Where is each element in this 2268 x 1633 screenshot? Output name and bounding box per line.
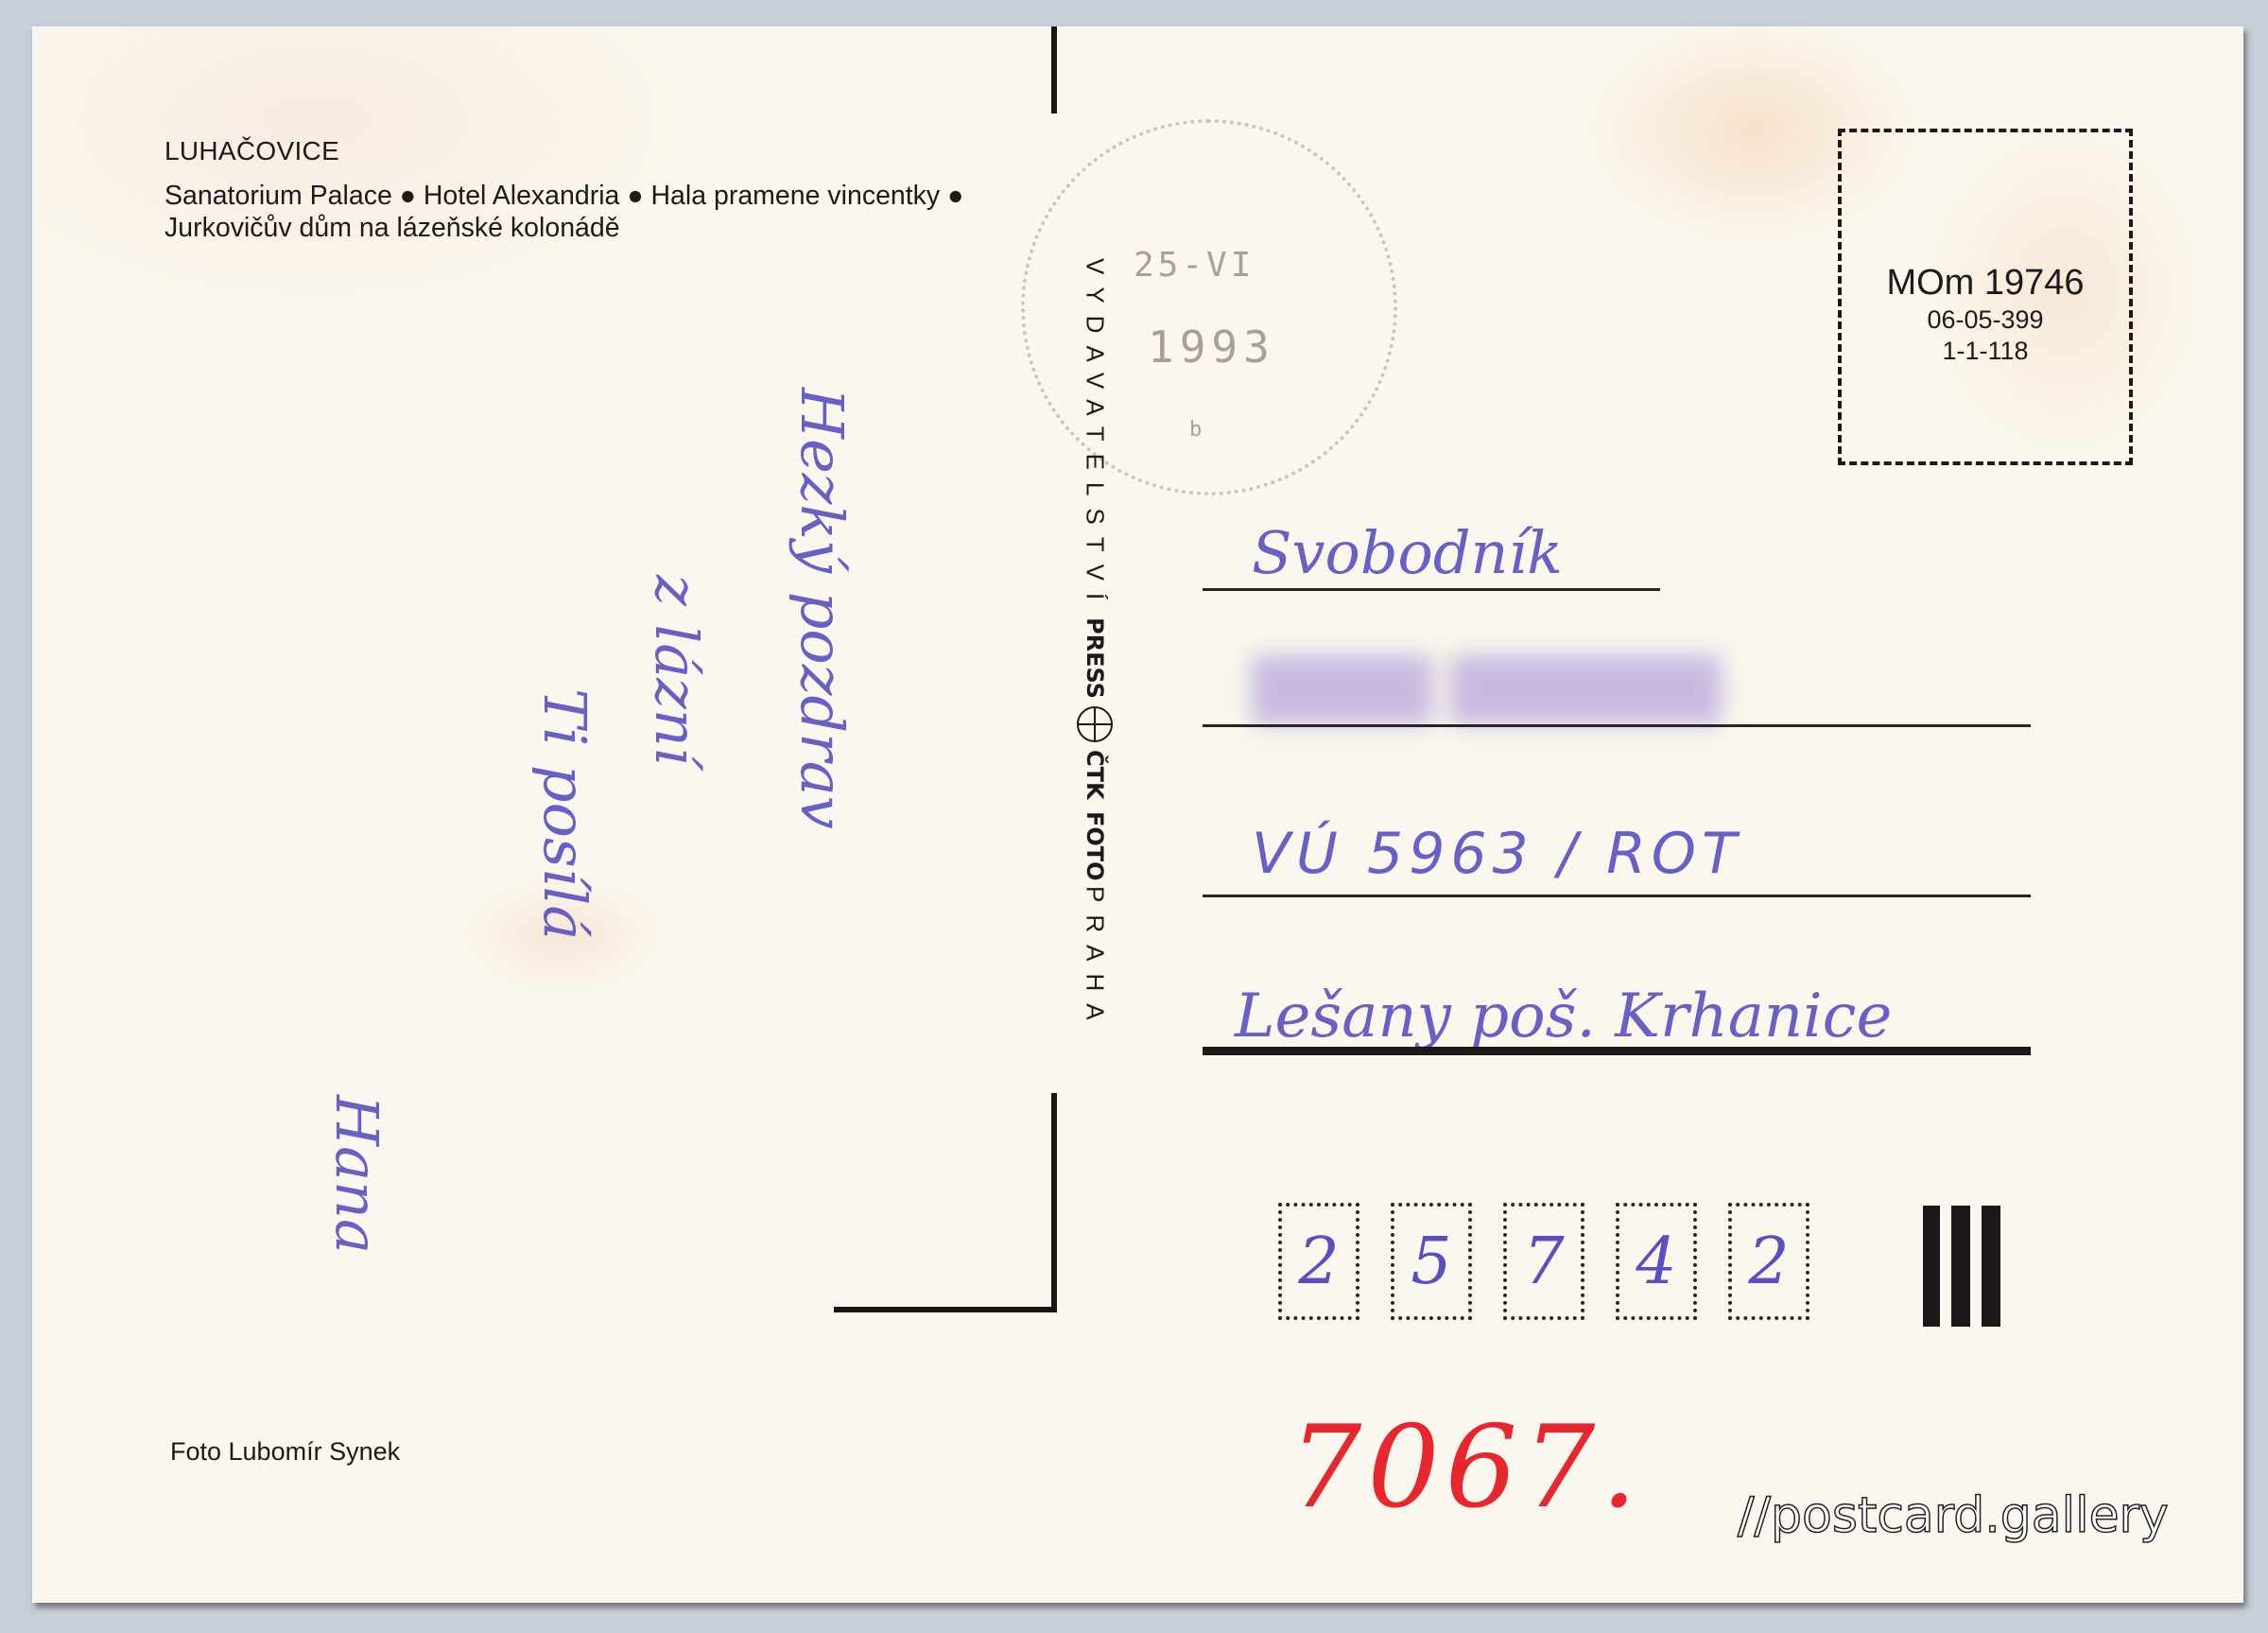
publisher-imprint: VYDAVATELSTVÍ PRESS ČTK FOTO PRAHA bbox=[1077, 258, 1113, 1033]
publisher-city: PRAHA bbox=[1081, 886, 1110, 1033]
postal-digit: 5 bbox=[1391, 1203, 1472, 1320]
sorting-bar bbox=[1951, 1206, 1970, 1327]
postmark-code: b bbox=[1189, 418, 1202, 442]
postal-digit: 2 bbox=[1278, 1203, 1359, 1320]
postcard-back: LUHAČOVICE Sanatorium Palace ● Hotel Ale… bbox=[32, 26, 2243, 1603]
address-line4: Lešany poš. Krhanice bbox=[1235, 982, 1892, 1051]
message-line1: Hezký pozdrav bbox=[788, 388, 857, 829]
divider-line-foot bbox=[834, 1307, 1057, 1312]
globe-logo-icon bbox=[1077, 706, 1113, 742]
message-line3: Ti posílá bbox=[530, 688, 599, 940]
photo-credit: Foto Lubomír Synek bbox=[170, 1437, 400, 1467]
postal-code-boxes: 2 5 7 4 2 bbox=[1278, 1203, 1809, 1320]
publisher-brand-left: PRESS bbox=[1082, 617, 1108, 699]
sorting-bar bbox=[1982, 1206, 2000, 1327]
postmark-date: 25-VI bbox=[1134, 246, 1255, 285]
publisher-prefix: VYDAVATELSTVÍ bbox=[1081, 258, 1110, 612]
address-underline2 bbox=[1203, 724, 2031, 727]
sorting-bars-icon bbox=[1923, 1206, 2000, 1327]
stamp-box: MOm 19746 06-05-399 1-1-118 bbox=[1838, 129, 2133, 465]
location-title: LUHAČOVICE bbox=[164, 136, 339, 166]
divider-line-top bbox=[1051, 26, 1057, 113]
divider-line-bottom bbox=[1051, 1093, 1057, 1312]
address-underline3 bbox=[1203, 895, 2031, 897]
address-line2-redacted: ████ ██████ bbox=[1252, 655, 1722, 724]
stamp-line3: 1-1-118 bbox=[1842, 337, 2129, 366]
publisher-brand-right: FOTO bbox=[1082, 811, 1108, 881]
postal-digit: 7 bbox=[1503, 1203, 1584, 1320]
watermark: //postcard.gallery bbox=[1738, 1487, 2169, 1544]
address-underline1 bbox=[1203, 588, 1660, 591]
card-description: Sanatorium Palace ● Hotel Alexandria ● H… bbox=[164, 180, 1015, 244]
message-line2: z lázní bbox=[642, 575, 711, 766]
postmark-year: 1993 bbox=[1148, 321, 1275, 373]
sorting-bar bbox=[1923, 1206, 1940, 1327]
address-underline4 bbox=[1203, 1047, 2031, 1055]
stamp-line2: 06-05-399 bbox=[1842, 305, 2129, 335]
postal-digit: 2 bbox=[1728, 1203, 1809, 1320]
address-line1: Svobodník bbox=[1252, 518, 1563, 587]
address-line3: VÚ 5963 / ROT bbox=[1252, 821, 1742, 887]
postal-digit: 4 bbox=[1616, 1203, 1697, 1320]
publisher-brand-logo: ČTK bbox=[1082, 750, 1108, 800]
stamp-code: MOm 19746 bbox=[1842, 263, 2129, 304]
message-signature: Hana bbox=[322, 1095, 391, 1254]
reference-number: 7067. bbox=[1290, 1402, 1643, 1534]
